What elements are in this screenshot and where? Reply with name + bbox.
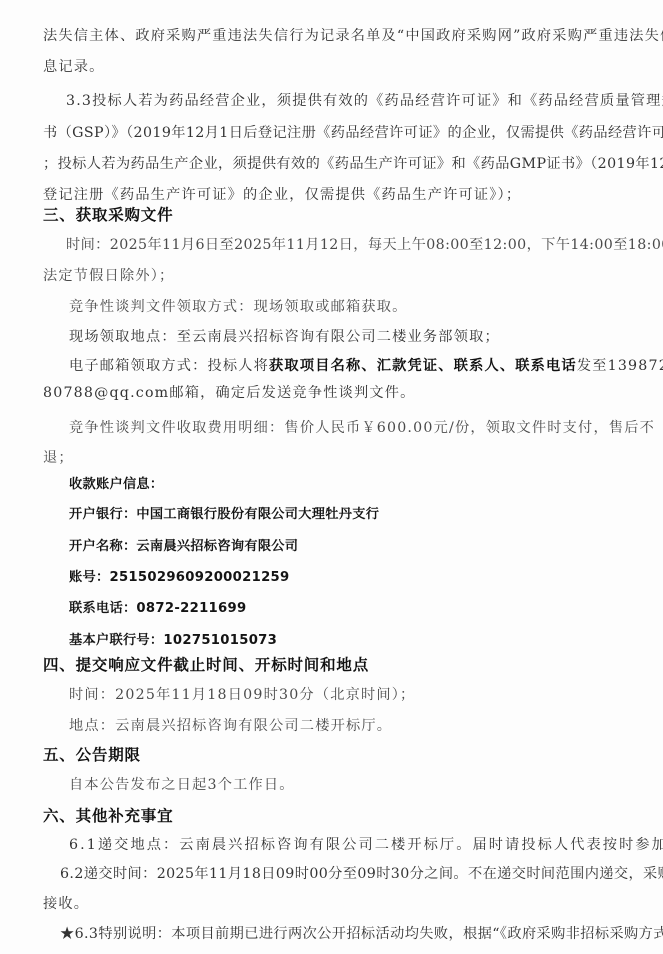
- account-bank: 开户银行：中国工商银行股份有限公司大理牡丹支行: [69, 505, 379, 525]
- document-page: 法失信主体、政府采购严重违法失信行为记录名单及“中国政府采购网”政府采购严重违法…: [0, 0, 663, 954]
- account-number: 账号：2515029609200021259: [69, 568, 290, 588]
- fee-line-1: 竞争性谈判文件收取费用明细：售价人民币￥600.00元/份，领取文件时支付，售后…: [69, 418, 655, 438]
- announcement-period: 自本公告发布之日起3个工作日。: [69, 775, 295, 795]
- section-3-heading: 三、获取采购文件: [43, 204, 173, 226]
- email-required-items: 获取项目名称、汇款凭证、联系人、联系电话: [269, 358, 577, 374]
- fee-line-2: 退；: [43, 448, 74, 468]
- account-name: 开户名称：云南晨兴招标咨询有限公司: [69, 537, 298, 557]
- account-bank-code: 基本户联行号：102751015073: [69, 631, 277, 651]
- clause-6-2-line-2: 接收。: [43, 894, 89, 914]
- clause-6-1: 6.1递交地点：云南晨兴招标咨询有限公司二楼开标厅。届时请投标人代表按时参加。: [69, 835, 663, 855]
- section-6-heading: 六、其他补充事宜: [43, 805, 173, 827]
- clause-6-2-line-1: 6.2递交时间：2025年11月18日09时00分至09时30分之间。不在递交时…: [60, 864, 663, 884]
- onsite-location: 现场领取地点：至云南晨兴招标咨询有限公司二楼业务部领取；: [69, 327, 500, 347]
- clause-3-3-line-2: 书（GSP）》（2019年12月1日后登记注册《药品经营许可证》的企业，仅需提供…: [43, 123, 663, 143]
- acquisition-method: 竞争性谈判文件领取方式：现场领取或邮箱获取。: [69, 297, 408, 317]
- clause-3-3-line-4: 登记注册《药品生产许可证》的企业，仅需提供《药品生产许可证》）；: [43, 185, 521, 205]
- email-method-prefix: 电子邮箱领取方式：投标人将: [69, 358, 269, 374]
- acquisition-time-line-1: 时间：2025年11月6日至2025年11月12日，每天上午08:00至12:0…: [66, 235, 663, 255]
- account-phone: 联系电话：0872-2211699: [69, 599, 246, 619]
- intro-line-1: 法失信主体、政府采购严重违法失信行为记录名单及“中国政府采购网”政府采购严重违法…: [43, 26, 663, 46]
- section-4-heading: 四、提交响应文件截止时间、开标时间和地点: [43, 654, 369, 676]
- deadline-time: 时间：2025年11月18日09时30分（北京时间）；: [69, 685, 415, 705]
- email-method-line-2: 80788@qq.com邮箱，确定后发送竞争性谈判文件。: [43, 383, 416, 403]
- account-info-title: 收款账户信息：: [69, 475, 163, 495]
- email-address-start: 发至139872: [577, 358, 663, 374]
- clause-3-3-line-1: 3.3投标人若为药品经营企业，须提供有效的《药品经营许可证》和《药品经营质量管理…: [66, 91, 663, 111]
- clause-3-3-line-3: ；投标人若为药品生产企业，须提供有效的《药品生产许可证》和《药品GMP证书》（2…: [43, 154, 663, 174]
- clause-6-3: ★6.3特别说明：本项目前期已进行两次公开招标活动均失败，根据“《政府采购非招标…: [60, 924, 663, 944]
- acquisition-time-line-2: 法定节假日除外）；: [43, 266, 174, 286]
- section-5-heading: 五、公告期限: [43, 744, 141, 766]
- opening-location: 地点：云南晨兴招标咨询有限公司二楼开标厅。: [69, 716, 392, 736]
- intro-line-2: 息记录。: [43, 57, 105, 77]
- email-method-line-1: 电子邮箱领取方式：投标人将获取项目名称、汇款凭证、联系人、联系电话发至13987…: [69, 356, 663, 376]
